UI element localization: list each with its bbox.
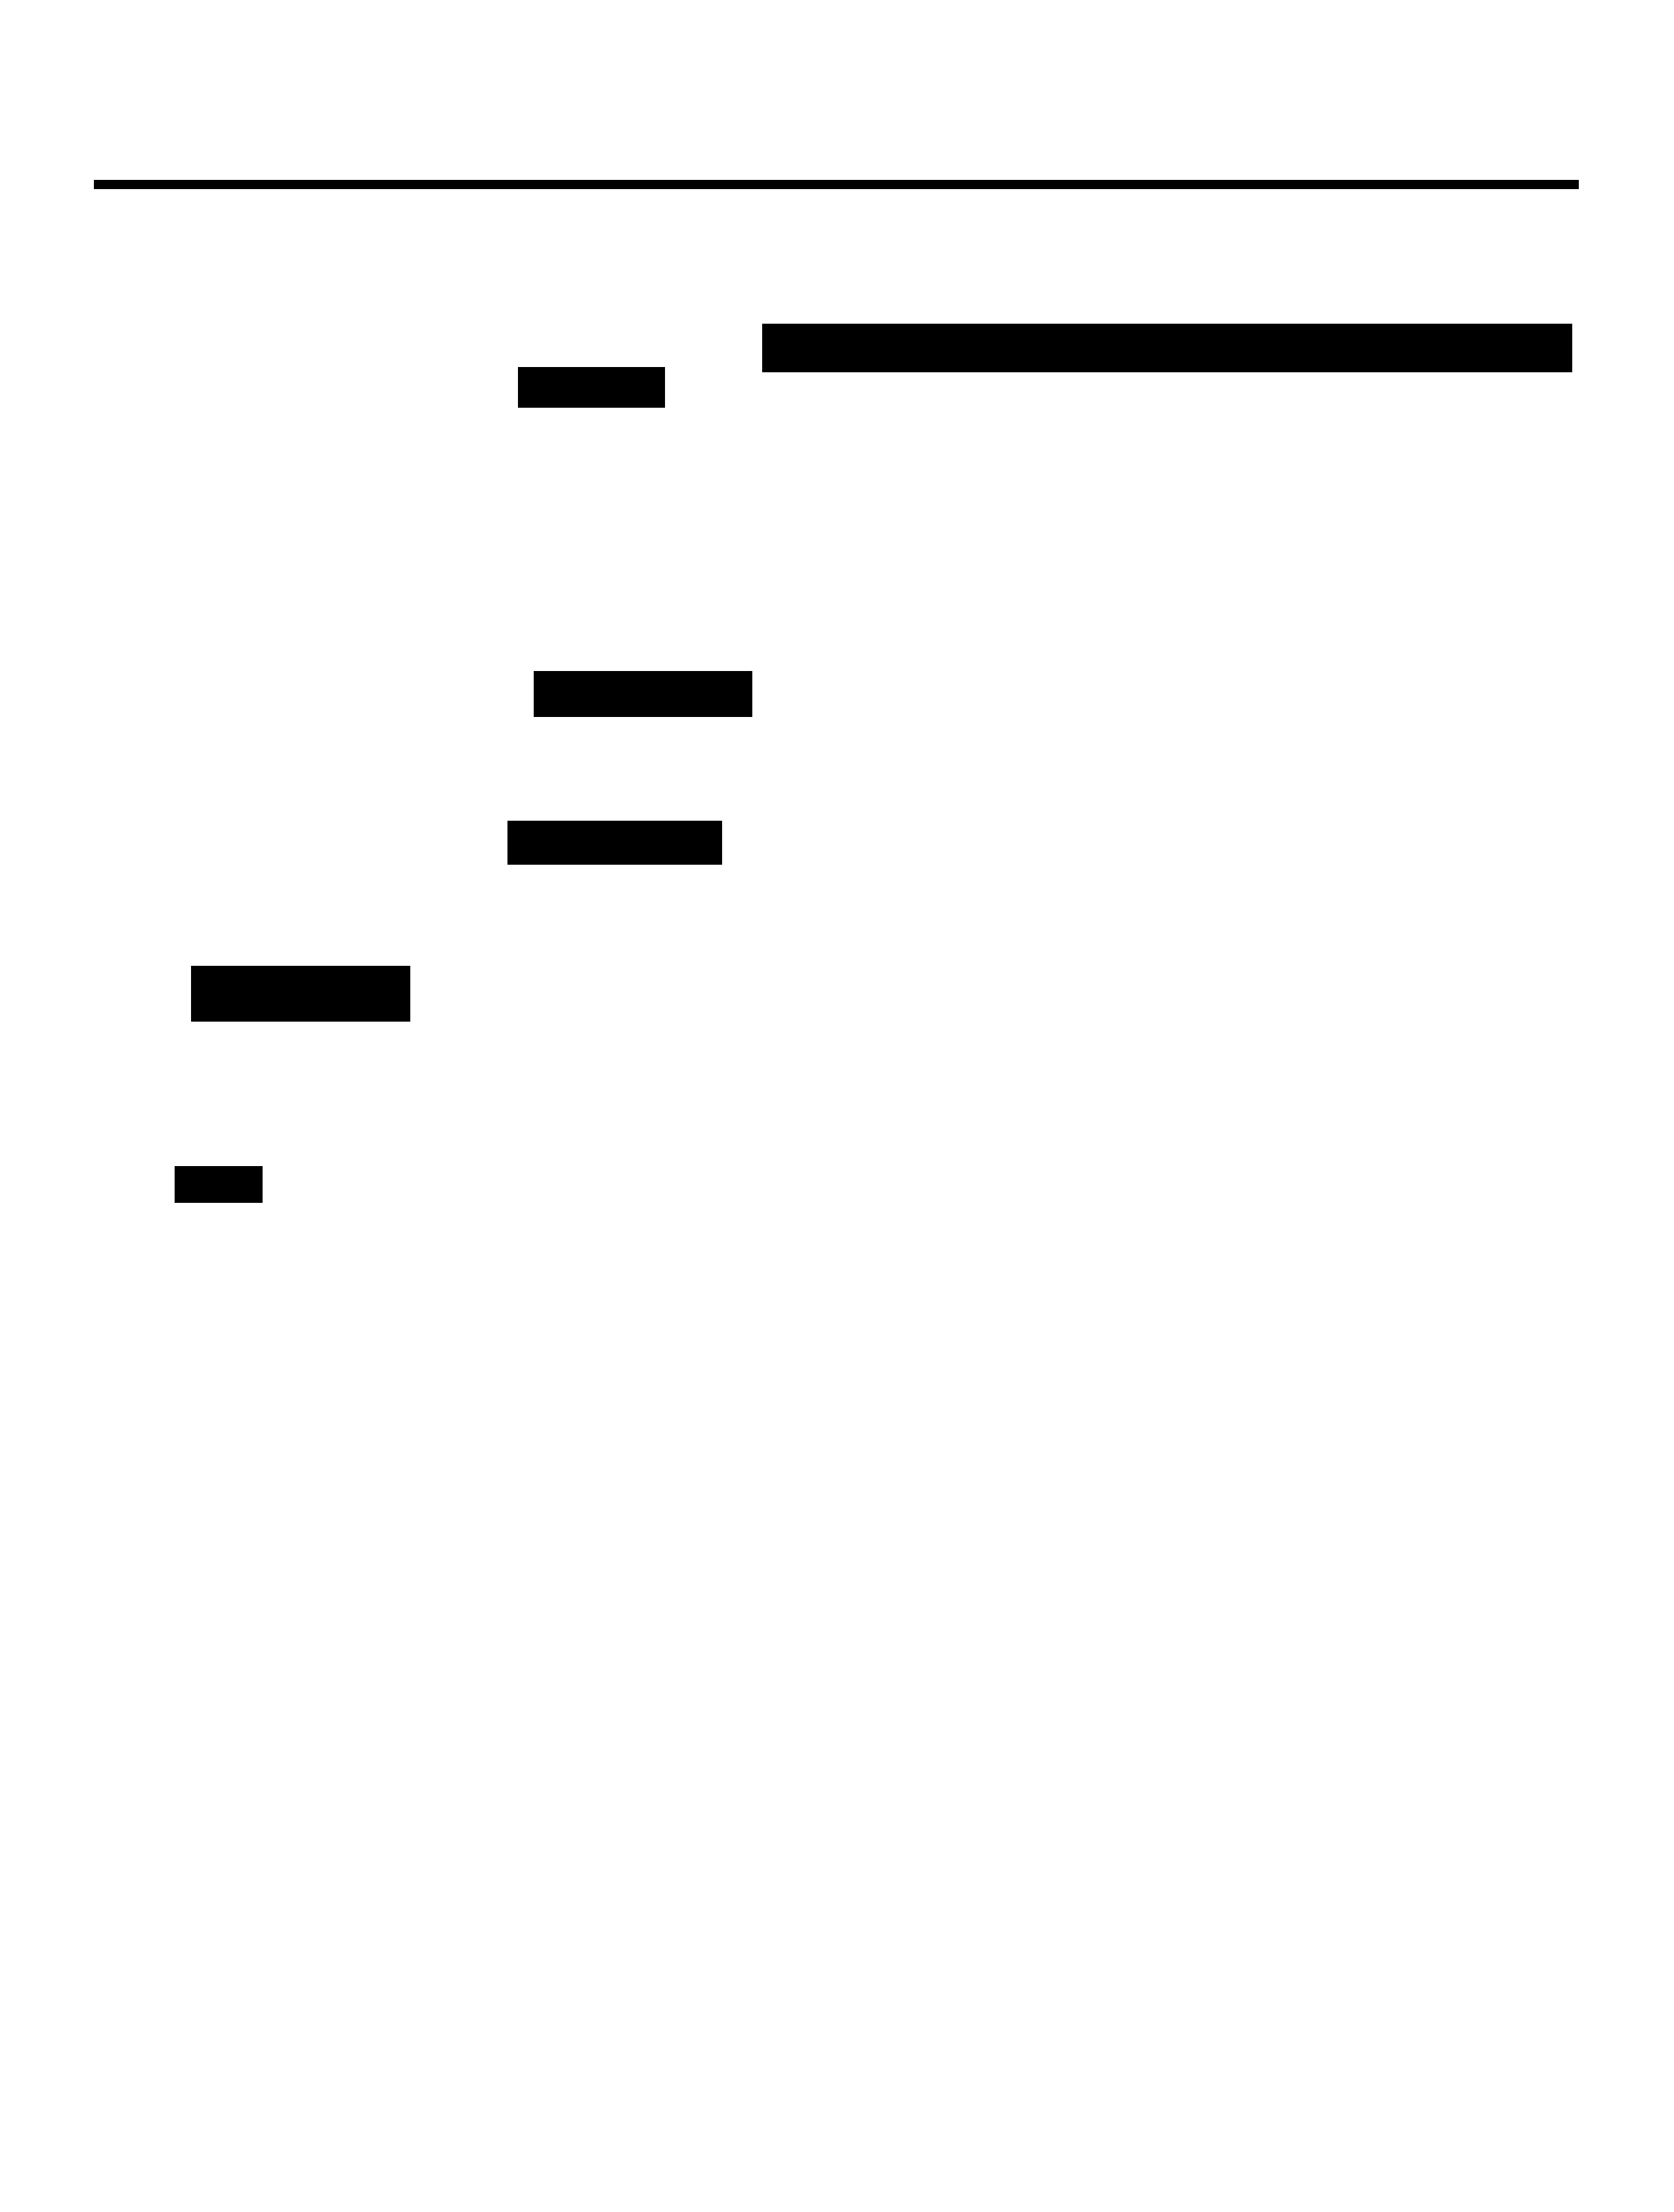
redaction-box: [518, 367, 665, 408]
document-page: [0, 0, 1674, 2212]
redaction-box: [534, 671, 752, 717]
redaction-box: [191, 966, 410, 1022]
redaction-box: [762, 324, 1572, 372]
redaction-box: [507, 821, 722, 865]
header-rule: [94, 180, 1579, 189]
